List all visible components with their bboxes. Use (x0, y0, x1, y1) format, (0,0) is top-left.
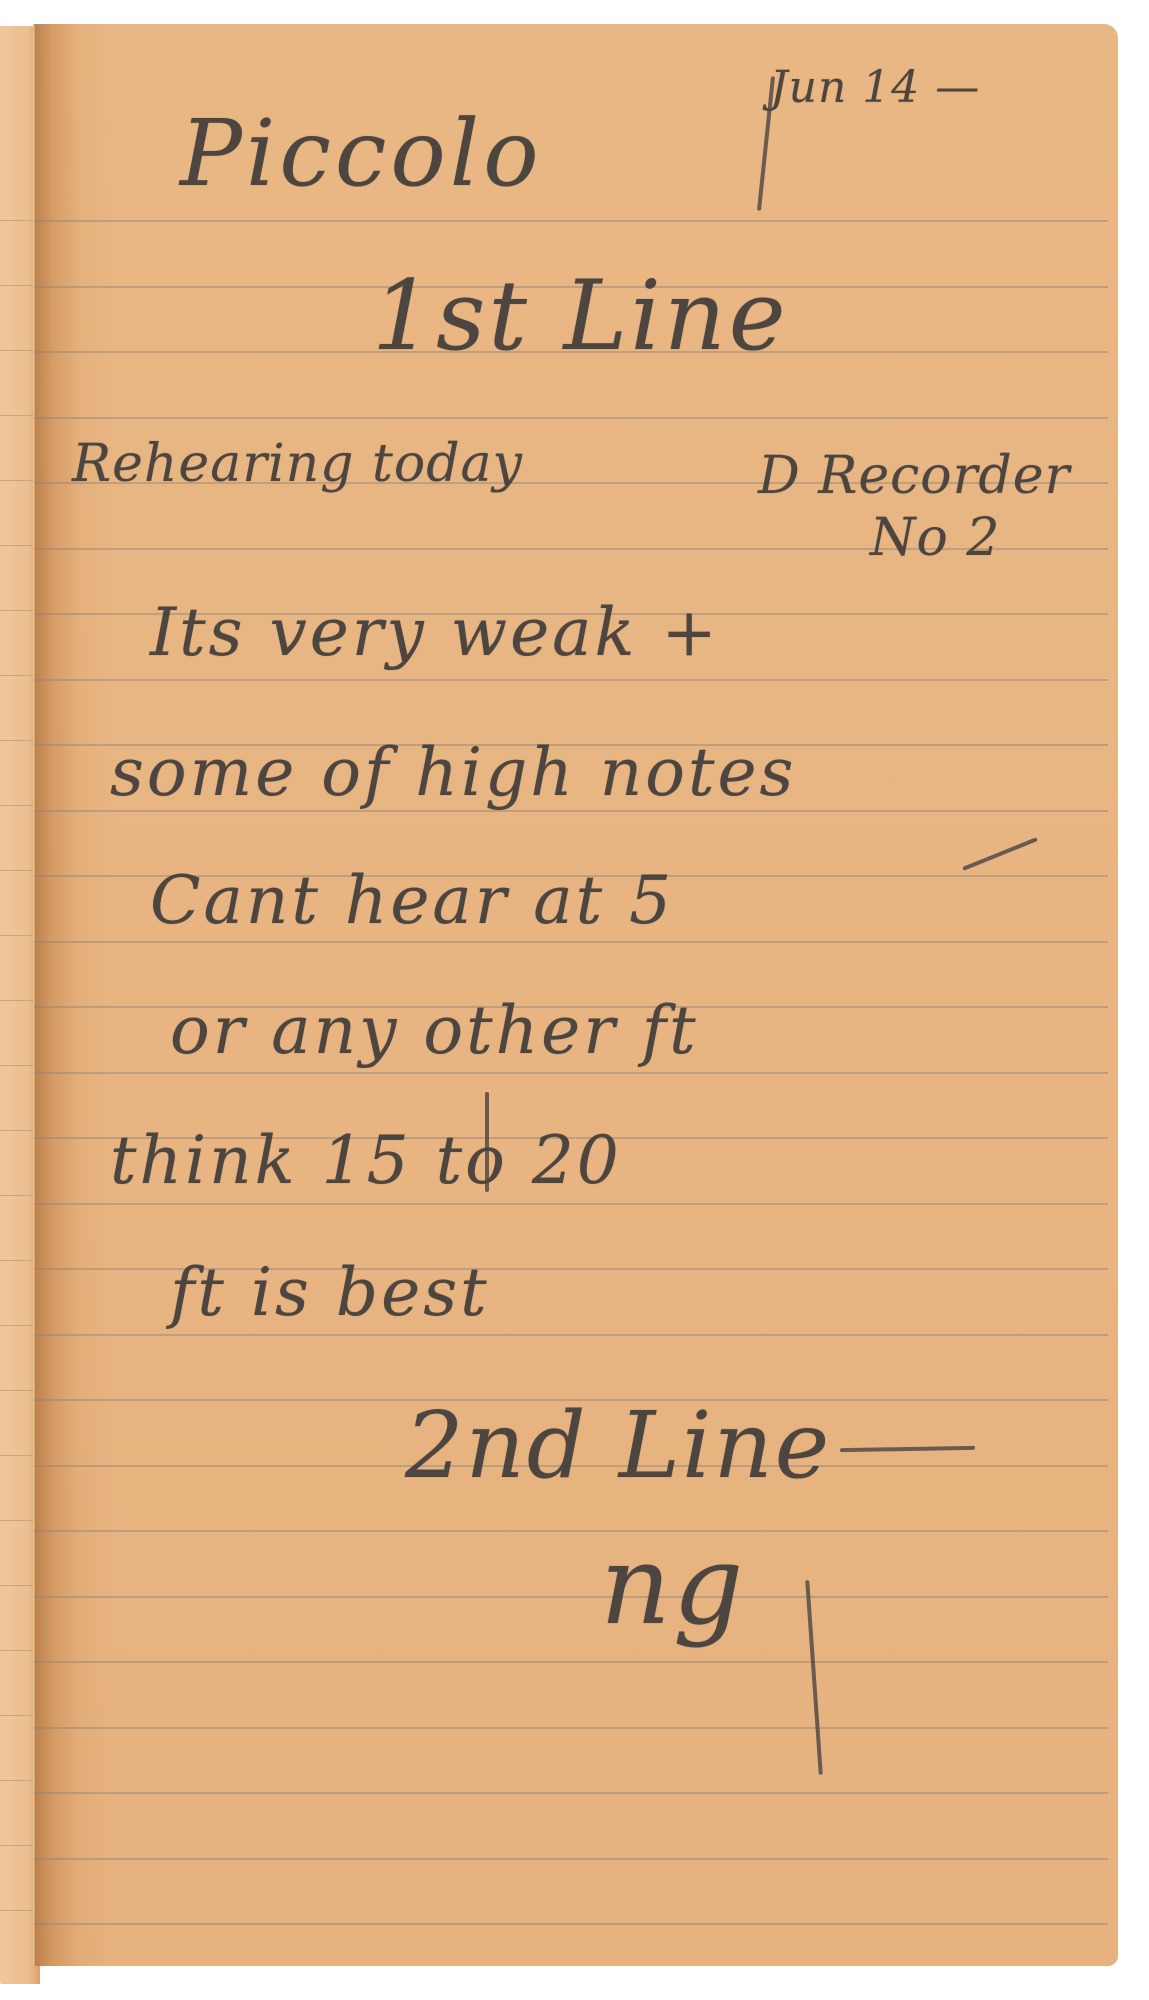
body-line-5: think 15 to 20 (110, 1128, 622, 1194)
ruled-line (34, 1334, 1108, 1336)
footer-line: 2nd Line (405, 1400, 831, 1492)
recorder-label: D Recorder (758, 450, 1070, 502)
body-line-1: Its very weak + (150, 600, 720, 666)
ruled-line (34, 220, 1108, 222)
footer-verdict: ng (600, 1530, 745, 1640)
body-line-4: or any other ft (170, 998, 699, 1064)
ruled-line (34, 1923, 1108, 1925)
ruled-line (34, 1792, 1108, 1794)
heading-date: Jun 14 — (770, 66, 980, 110)
ruled-line (34, 941, 1108, 943)
ruled-line (34, 1203, 1108, 1205)
pen-stroke (485, 1092, 489, 1192)
body-line-2: some of high notes (110, 740, 796, 806)
ruled-line (34, 1530, 1108, 1532)
ruled-line (34, 417, 1108, 419)
body-line-3: Cant hear at 5 (150, 868, 674, 934)
recorder-number: No 2 (870, 512, 1000, 564)
ruled-line (34, 1661, 1108, 1663)
ruled-line (34, 1072, 1108, 1074)
ruled-line (34, 1727, 1108, 1729)
ruled-line (34, 1596, 1108, 1598)
ruled-line (34, 679, 1108, 681)
body-line-6: ft is best (170, 1260, 490, 1326)
note-rehearing: Rehearing today (72, 438, 523, 490)
heading-subtitle: 1st Line (372, 268, 789, 364)
heading-title: Piccolo (180, 108, 543, 200)
ruled-line (34, 1858, 1108, 1860)
